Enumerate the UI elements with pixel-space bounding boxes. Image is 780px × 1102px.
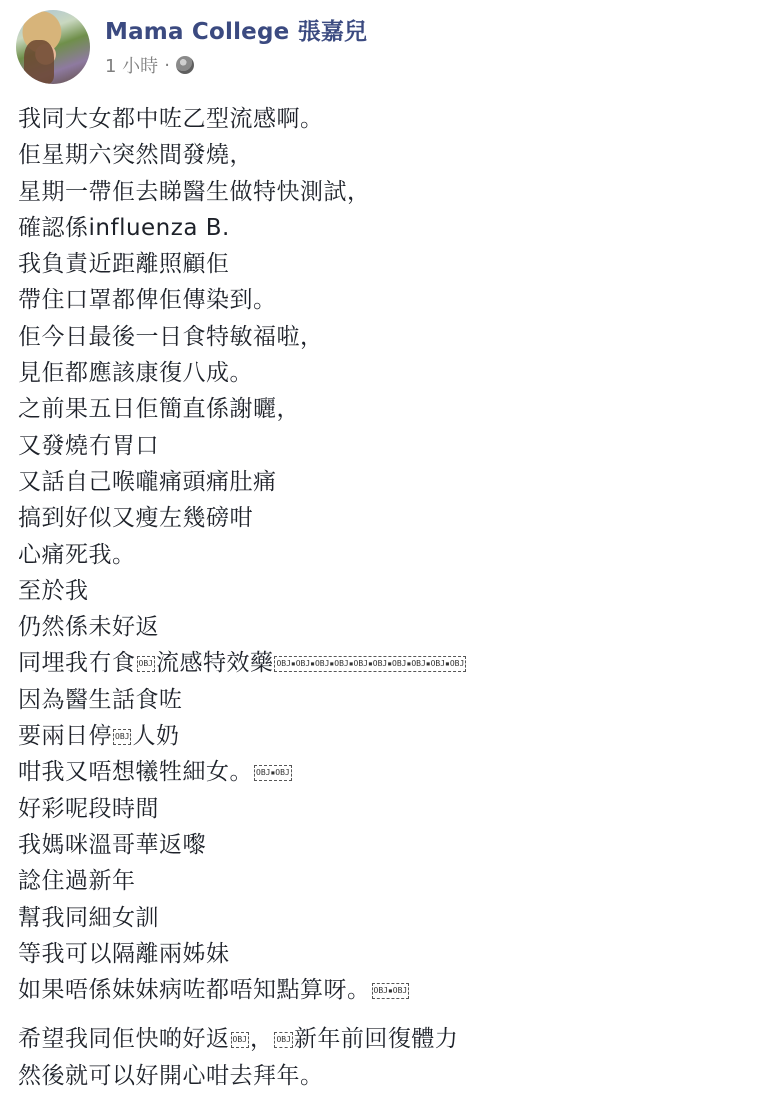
post-text: 咁我又唔想犧牲細女。 xyxy=(18,759,253,785)
post-text-line: 帶住口罩都俾佢傳染到。 xyxy=(18,282,758,318)
post-text-line: 至於我 xyxy=(18,573,758,609)
object-replacement-glyph: OBJ▪OBJ▪OBJ▪OBJ▪OBJ▪OBJ▪OBJ▪OBJ▪OBJ▪OBJ xyxy=(274,656,466,672)
post-text: 星期一帶佢去睇醫生做特快測試， xyxy=(18,179,371,205)
author-avatar[interactable] xyxy=(16,10,90,84)
post-text: 之前果五日佢簡直係謝曬， xyxy=(18,396,300,422)
post-text: 如果唔係妹妹病咗都唔知點算呀。 xyxy=(18,977,371,1003)
post-text: 心痛死我。 xyxy=(18,542,136,568)
post-text-line: 之前果五日佢簡直係謝曬， xyxy=(18,391,758,427)
post-text-line: 又發燒冇胃口 xyxy=(18,428,758,464)
post-text-line: 我媽咪溫哥華返嚟 xyxy=(18,827,758,863)
author-name[interactable]: Mama College 張嘉兒 xyxy=(105,13,367,46)
post-text-line: 佢星期六突然間發燒， xyxy=(18,137,758,173)
post-text-line: 咁我又唔想犧牲細女。OBJ▪OBJ xyxy=(18,754,758,790)
post-text: 流感特效藥 xyxy=(156,650,274,676)
post-text: 我媽咪溫哥華返嚟 xyxy=(18,832,206,858)
post-text: 因為醫生話食咗 xyxy=(18,687,183,713)
meta-separator: · xyxy=(164,55,170,76)
post-text: 佢星期六突然間發燒， xyxy=(18,142,253,168)
post-body: 我同大女都中咗乙型流感啊。佢星期六突然間發燒，星期一帶佢去睇醫生做特快測試，確認… xyxy=(18,101,758,1094)
post-text-line: 確認係influenza B. xyxy=(18,210,758,246)
post-text-line: 如果唔係妹妹病咗都唔知點算呀。OBJ▪OBJ xyxy=(18,972,758,1008)
object-replacement-glyph: OBJ xyxy=(113,729,131,745)
post-text-line: 然後就可以好開心咁去拜年。 xyxy=(18,1058,758,1094)
post-text-line: 仍然係未好返 xyxy=(18,609,758,645)
post-text: 新年前回復體力 xyxy=(294,1026,459,1052)
post-text: 希望我同佢快啲好返 xyxy=(18,1026,230,1052)
post-header: Mama College 張嘉兒 1 小時 · xyxy=(0,0,780,90)
post-text: 帶住口罩都俾佢傳染到。 xyxy=(18,287,277,313)
post-text: ， xyxy=(250,1026,274,1052)
post-text-line: 心痛死我。 xyxy=(18,537,758,573)
post-timestamp[interactable]: 1 小時 xyxy=(105,52,158,78)
post-text-line: 同埋我冇食OBJ流感特效藥OBJ▪OBJ▪OBJ▪OBJ▪OBJ▪OBJ▪OBJ… xyxy=(18,645,758,681)
post-text: 等我可以隔離兩姊妹 xyxy=(18,941,230,967)
post-text: 我負責近距離照顧佢 xyxy=(18,251,230,277)
post-text-line: 見佢都應該康復八成。 xyxy=(18,355,758,391)
object-replacement-glyph: OBJ xyxy=(274,1032,292,1048)
post-text: 要兩日停 xyxy=(18,723,112,749)
post-text-line: 諗住過新年 xyxy=(18,863,758,899)
post-meta: 1 小時 · xyxy=(105,52,194,78)
post-text-line: 幫我同細女訓 xyxy=(18,900,758,936)
post-text-line: 因為醫生話食咗 xyxy=(18,682,758,718)
object-replacement-glyph: OBJ▪OBJ xyxy=(254,765,292,781)
post-text-line: 等我可以隔離兩姊妹 xyxy=(18,936,758,972)
post-text: 搞到好似又瘦左幾磅咁 xyxy=(18,505,253,531)
object-replacement-glyph: OBJ xyxy=(231,1032,249,1048)
post-text-line: 搞到好似又瘦左幾磅咁 xyxy=(18,500,758,536)
post-text: 人奶 xyxy=(132,723,179,749)
post-text: 諗住過新年 xyxy=(18,868,136,894)
post-text-line: 好彩呢段時間 xyxy=(18,791,758,827)
post-text: 又發燒冇胃口 xyxy=(18,433,159,459)
post-text-line: 我負責近距離照顧佢 xyxy=(18,246,758,282)
post-text: 確認係influenza B. xyxy=(18,215,230,241)
object-replacement-glyph: OBJ xyxy=(137,656,155,672)
object-replacement-glyph: OBJ▪OBJ xyxy=(372,983,410,999)
avatar-hair xyxy=(24,40,54,84)
post-text: 又話自己喉嚨痛頭痛肚痛 xyxy=(18,469,277,495)
post-text: 仍然係未好返 xyxy=(18,614,159,640)
post-text: 見佢都應該康復八成。 xyxy=(18,360,253,386)
post-text-line: 星期一帶佢去睇醫生做特快測試， xyxy=(18,174,758,210)
post-text-line: 希望我同佢快啲好返OBJ，OBJ新年前回復體力 xyxy=(18,1021,758,1057)
post-text-line: 要兩日停OBJ人奶 xyxy=(18,718,758,754)
post-text-line: 又話自己喉嚨痛頭痛肚痛 xyxy=(18,464,758,500)
post-text: 幫我同細女訓 xyxy=(18,905,159,931)
post-text: 我同大女都中咗乙型流感啊。 xyxy=(18,106,324,132)
post-text-line: 佢今日最後一日食特敏福啦， xyxy=(18,319,758,355)
post-text: 同埋我冇食 xyxy=(18,650,136,676)
post-text: 好彩呢段時間 xyxy=(18,796,159,822)
post-text: 然後就可以好開心咁去拜年。 xyxy=(18,1063,324,1089)
post-text: 佢今日最後一日食特敏福啦， xyxy=(18,324,324,350)
post-text-line: 我同大女都中咗乙型流感啊。 xyxy=(18,101,758,137)
post-text: 至於我 xyxy=(18,578,89,604)
globe-icon[interactable] xyxy=(176,56,194,74)
